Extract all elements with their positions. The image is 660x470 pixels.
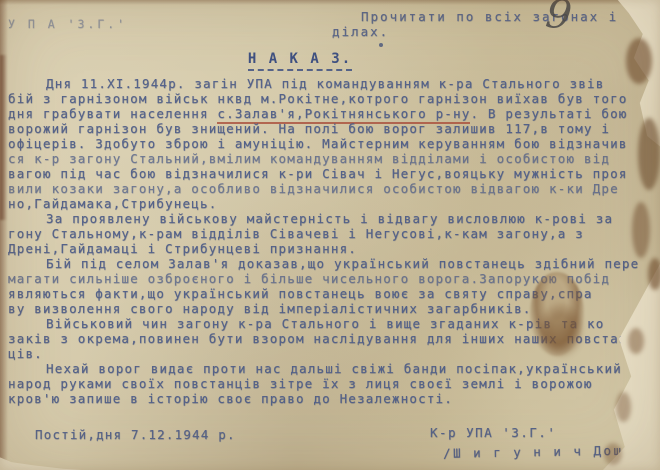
- tear-stain: [632, 202, 650, 258]
- text-line: гону Стальному,к-рам відділів Сівачеві і…: [8, 226, 658, 241]
- text-line: вили козаки загону,а особливо відзначили…: [8, 181, 658, 196]
- text-segment: дня грабувати населення: [8, 106, 217, 121]
- tear-stain: [626, 38, 652, 84]
- text-line: народ руками своїх повстанців зітре їх з…: [8, 376, 658, 391]
- text-line: бій з гарнізоном військ нквд м.Рокітне,к…: [8, 91, 658, 106]
- text-line: Нехай ворог видає проти нас дальші свіжі…: [8, 361, 658, 376]
- text-line: Дрені,Гайдамаці і Стрибунцеві признання.: [8, 241, 658, 256]
- org-label: У П А 'З.Г.': [8, 17, 127, 31]
- tear-stain: [648, 258, 660, 290]
- title-row: Н А К А З.: [0, 48, 600, 71]
- commander-line: К-р УПА 'З.Г.': [430, 425, 556, 440]
- tear-stain: [638, 118, 660, 190]
- text-line: дня грабувати населення с.Залав'я,Рокітн…: [8, 106, 658, 121]
- text-line: За проявлену військову майстерність і ві…: [8, 211, 658, 226]
- distribution-note-line-2: ділах.: [332, 24, 642, 39]
- tear-stain: [604, 443, 622, 465]
- text-line: Дня 11.XI.1944р. загін УПА під командува…: [8, 76, 658, 91]
- paper-stain: [538, 302, 584, 358]
- text-line: но,Гайдамака,Стрибунець.: [8, 196, 658, 211]
- ink-speck: [379, 43, 383, 47]
- tear-stain: [628, 328, 644, 354]
- text-line: офіцерів. Здобуто зброю і амуніцію. Майс…: [8, 136, 658, 151]
- distribution-note-line-1: Прочитати по всіх загонах і: [332, 9, 642, 24]
- document-page: У П А 'З.Г.' Прочитати по всіх загонах і…: [0, 0, 660, 470]
- tear-stain: [616, 392, 631, 422]
- text-line: ся к-р загону Стальний,вмілим командуван…: [8, 151, 658, 166]
- document-title: Н А К А З.: [248, 51, 352, 71]
- paper-left-edge-dark: [0, 55, 7, 220]
- paper-top-edge-shadow: [0, 0, 660, 5]
- text-line: ворожий гарнізон був знищений. На полі б…: [8, 121, 658, 136]
- text-line: Бій під селом Залав'я доказав,що українс…: [8, 256, 658, 271]
- text-line: вагою під час бою відзначилися к-ри Сіва…: [8, 166, 658, 181]
- text-line: кров'ю запише в історію своє право до Не…: [8, 391, 658, 406]
- distribution-note: Прочитати по всіх загонах і ділах.: [332, 9, 642, 39]
- text-segment: . В результаті бою: [470, 106, 627, 121]
- place-date-line: Постій,дня 7.12.1944 р.: [35, 427, 236, 442]
- torn-edge-bottom-left: [0, 450, 110, 470]
